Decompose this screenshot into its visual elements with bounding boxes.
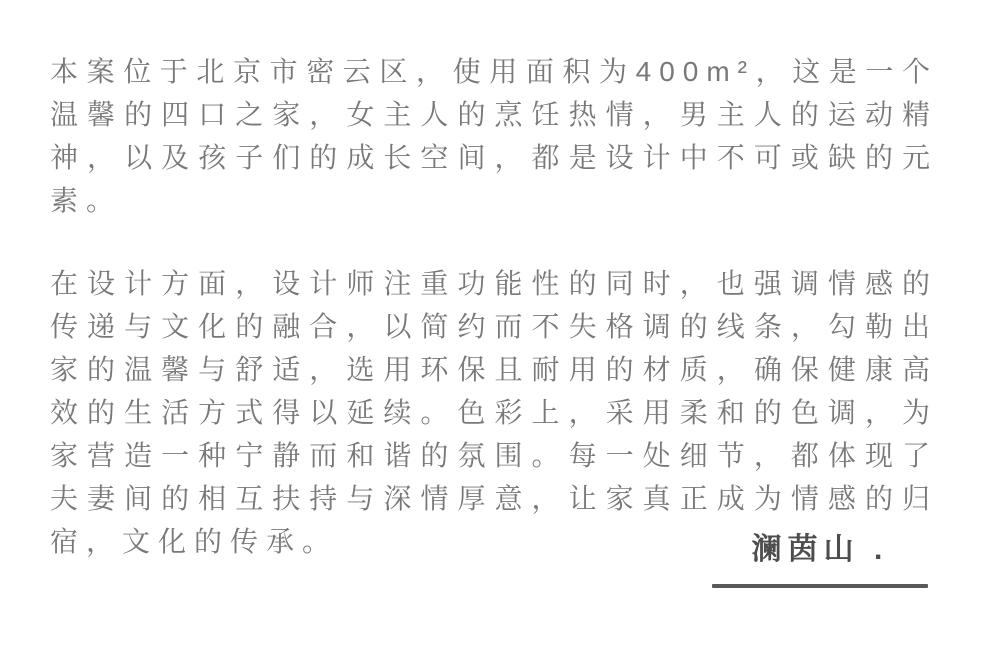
paragraph-design-concept: 在设计方面，设计师注重功能性的同时，也强调情感的传递与文化的融合，以简约而不失格… (50, 262, 938, 563)
article-body: 本案位于北京市密云区，使用面积为400m²，这是一个温馨的四口之家，女主人的烹饪… (50, 50, 938, 563)
paragraph-project-intro: 本案位于北京市密云区，使用面积为400m²，这是一个温馨的四口之家，女主人的烹饪… (50, 50, 938, 222)
document-page: 本案位于北京市密云区，使用面积为400m²，这是一个温馨的四口之家，女主人的烹饪… (0, 0, 1000, 651)
signature-block: 澜茵山 . (712, 532, 928, 588)
signature-underline (712, 584, 928, 588)
signature-text: 澜茵山 . (712, 532, 928, 568)
